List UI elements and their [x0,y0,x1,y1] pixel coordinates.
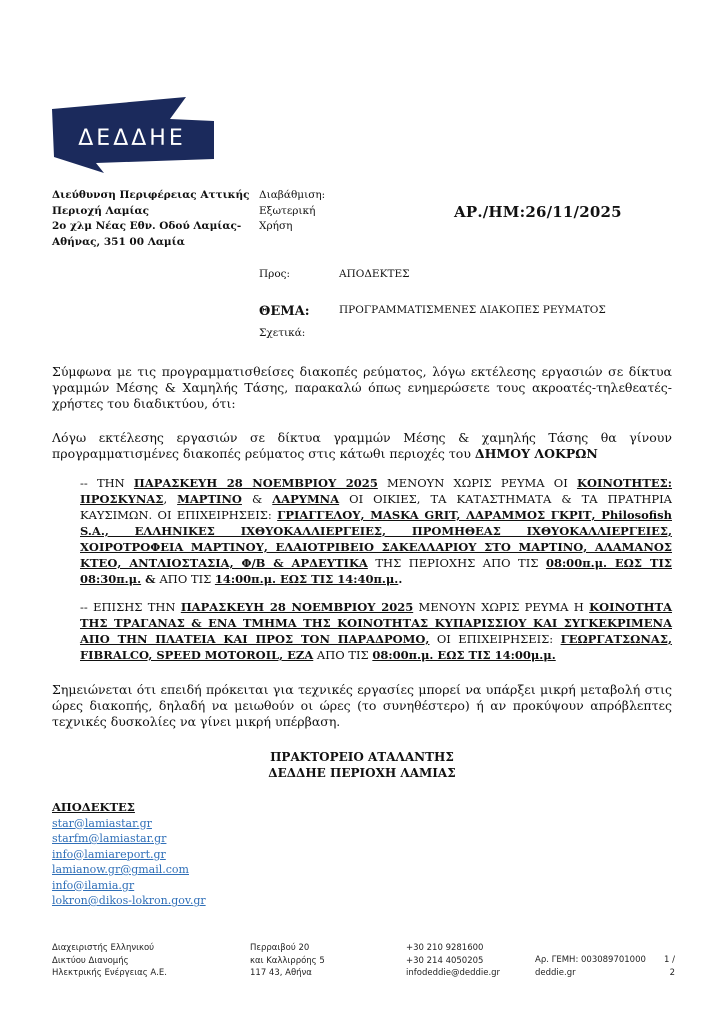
time-range: 14:00π.μ. ΕΩΣ ΤΙΣ 14:40π.μ. [215,572,398,586]
text: ΟΙ ΕΠΙΧΕΙΡΗΣΕΙΣ: [429,632,560,646]
sender-address: Διεύθυνση Περιφέρειας Αττικής Περιοχή Λα… [52,188,252,250]
outage-item-2: -- ΕΠΙΣΗΣ ΤΗΝ ΠΑΡΑΣΚΕΥΗ 28 ΝΟΕΜΒΡΙΟΥ 202… [80,599,672,663]
recipient-email-link[interactable]: star@lamiastar.gr [52,816,206,832]
outage-date: ΠΑΡΑΣΚΕΥΗ 28 ΝΟΕΜΒΡΙΟΥ 2025 [181,600,413,614]
municipality-name: ΔΗΜΟΥ ΛΟΚΡΩΝ [475,446,598,461]
logo-icon: ΔΕΔΔΗΕ [52,95,214,173]
note-paragraph: Σημειώνεται ότι επειδή πρόκειται για τεχ… [52,682,672,730]
text: -- ΕΠΙΣΗΣ ΤΗΝ [80,600,181,614]
text: . [398,572,402,586]
recipient-email-link[interactable]: info@ilamia.gr [52,878,206,894]
footer-line: και Καλλιρρόης 5 [250,955,325,968]
to-value: ΑΠΟΔΕΚΤΕΣ [339,268,410,280]
footer-line: Περραιβού 20 [250,942,325,955]
footer-company: Διαχειριστής Ελληνικού Δικτύου Διανομής … [52,942,167,980]
reference-number: ΑΡ./ΗΜ:26/11/2025 [454,203,622,221]
page-total: 2 [660,967,675,980]
footer-line: Δικτύου Διανομής [52,955,167,968]
community: ΠΡΟΣΚΥΝΑΣ [80,492,163,506]
recipients-title: ΑΠΟΔΕΚΤΕΣ [52,800,206,816]
recipient-email-link[interactable]: info@lamiareport.gr [52,847,206,863]
signature-block: ΠΡΑΚΤΟΡΕΙΟ ΑΤΑΛΑΝΤΗΣ ΔΕΔΔΗΕ ΠΕΡΙΟΧΗ ΛΑΜΙ… [52,749,672,781]
recipients-list: ΑΠΟΔΕΚΤΕΣ star@lamiastar.gr starfm@lamia… [52,800,206,909]
communities-label: ΚΟΙΝΟΤΗΤΕΣ: [577,476,672,490]
footer-line: 117 43, Αθήνα [250,967,325,980]
sender-line: Περιοχή Λαμίας [52,204,252,220]
classification: Διαβάθμιση: Εξωτερική Χρήση [259,188,349,235]
sender-line: 2ο χλμ Νέας Εθν. Οδού Λαμίας- [52,219,252,235]
deddie-logo: ΔΕΔΔΗΕ [52,95,214,173]
footer-line: Ηλεκτρικής Ενέργειας Α.Ε. [52,967,167,980]
classification-label: Διαβάθμιση: [259,188,349,204]
text: & [141,572,159,586]
footer-website: deddie.gr [535,967,646,980]
recipient-email-link[interactable]: lokron@dikos-lokron.gov.gr [52,893,206,909]
footer-line: Αρ. ΓΕΜΗ: 003089701000 [535,954,646,967]
classification-value: Εξωτερική [259,204,349,220]
sender-line: Αθήνας, 351 00 Λαμία [52,235,252,251]
subject-value: ΠΡΟΓΡΑΜΜΑΤΙΣΜΕΝΕΣ ΔΙΑΚΟΠΕΣ ΡΕΥΜΑΤΟΣ [339,304,606,316]
lead-paragraph: Λόγω εκτέλεσης εργασιών σε δίκτυα γραμμώ… [52,430,672,462]
svg-text:ΔΕΔΔΗΕ: ΔΕΔΔΗΕ [78,126,186,151]
related-label: Σχετικά: [259,327,305,339]
outage-date: ΠΑΡΑΣΚΕΥΗ 28 ΝΟΕΜΒΡΙΟΥ 2025 [134,476,378,490]
outage-item-1: -- ΤΗΝ ΠΑΡΑΣΚΕΥΗ 28 ΝΟΕΜΒΡΙΟΥ 2025 ΜΕΝΟΥ… [80,475,672,587]
time-range: 08:00π.μ. ΕΩΣ ΤΙΣ 14:00μ.μ. [372,648,555,662]
community: ΛΑΡΥΜΝΑ [272,492,339,506]
footer-phone: +30 210 9281600 [406,942,500,955]
sender-line: Διεύθυνση Περιφέρειας Αττικής [52,188,252,204]
text: ΜΕΝΟΥΝ ΧΩΡΙΣ ΡΕΥΜΑ ΟΙ [378,476,577,490]
recipient-email-link[interactable]: starfm@lamiastar.gr [52,831,206,847]
signature-line: ΠΡΑΚΤΟΡΕΙΟ ΑΤΑΛΑΝΤΗΣ [52,749,672,765]
footer-email: infodeddie@deddie.gr [406,967,500,980]
text: ΑΠΟ ΤΙΣ [159,572,214,586]
page-current: 1 / [660,954,675,967]
text: ΤΗΣ ΠΕΡΙΟΧΗΣ ΑΠΟ ΤΙΣ [368,556,546,570]
page-number: 1 / 2 [660,954,675,979]
text: ΑΠΟ ΤΙΣ [313,648,372,662]
footer-address: Περραιβού 20 και Καλλιρρόης 5 117 43, Αθ… [250,942,325,980]
footer-contact: +30 210 9281600 +30 214 4050205 infodedd… [406,942,500,980]
signature-line: ΔΕΔΔΗΕ ΠΕΡΙΟΧΗ ΛΑΜΙΑΣ [52,765,672,781]
text: ΜΕΝΟΥΝ ΧΩΡΙΣ ΡΕΥΜΑ Η [413,600,589,614]
subject-label: ΘΕΜΑ: [259,304,310,319]
footer-phone: +30 214 4050205 [406,955,500,968]
footer-registry: Αρ. ΓΕΜΗ: 003089701000 deddie.gr [535,954,646,979]
intro-paragraph: Σύμφωνα με τις προγραμματισθείσες διακοπ… [52,364,672,412]
text: -- ΤΗΝ [80,476,134,490]
classification-value: Χρήση [259,219,349,235]
community: ΜΑΡΤΙΝΟ [177,492,242,506]
footer-line: Διαχειριστής Ελληνικού [52,942,167,955]
text: & [242,492,272,506]
to-label: Προς: [259,268,290,280]
recipient-email-link[interactable]: lamianow.gr@gmail.com [52,862,206,878]
